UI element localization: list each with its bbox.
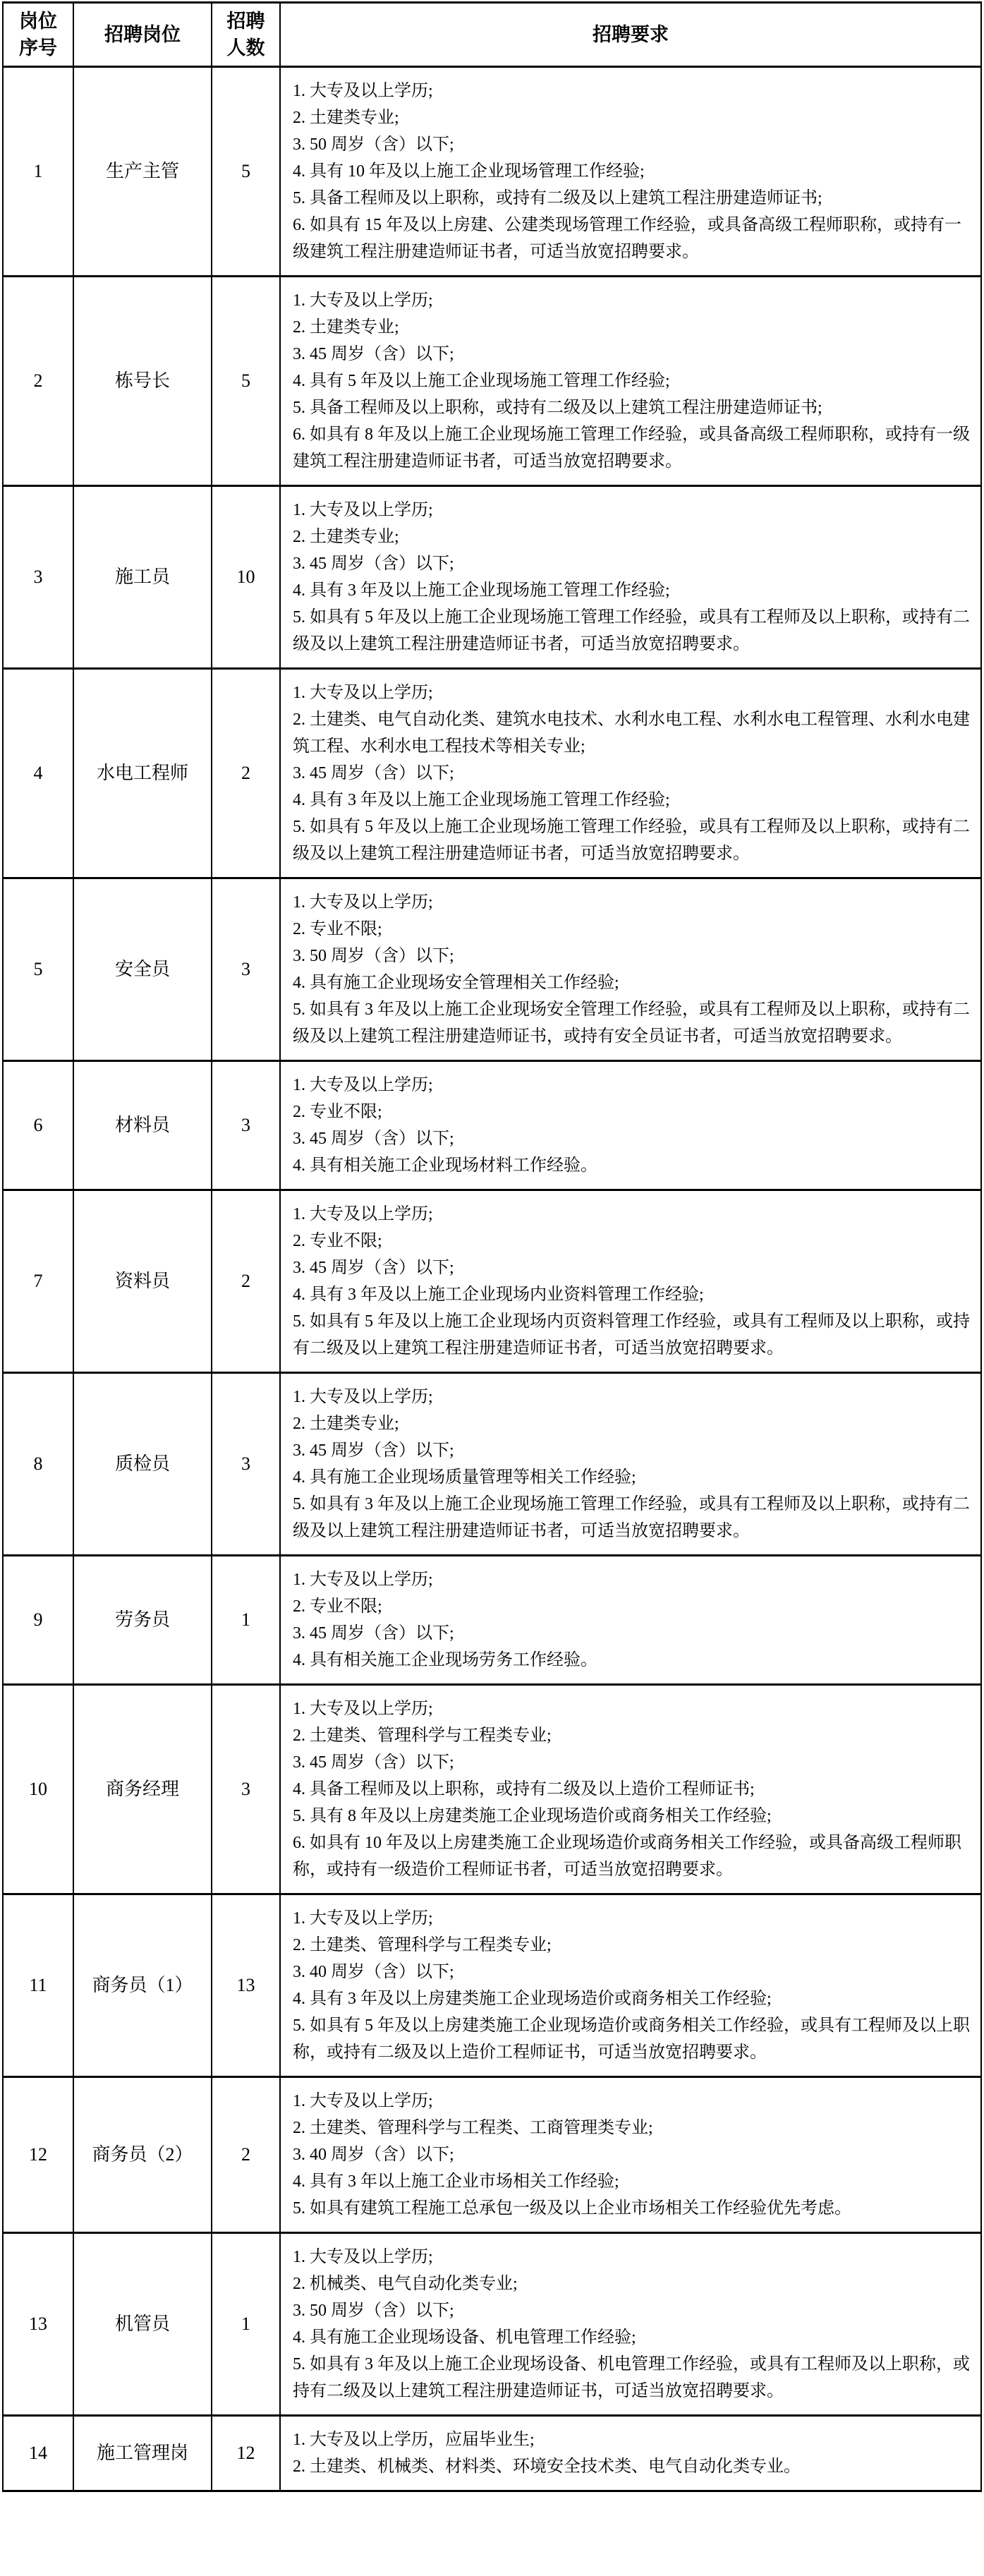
recruit-count-cell: 12 xyxy=(212,2416,280,2491)
position-no-cell: 7 xyxy=(3,1190,73,1373)
position-no-cell: 12 xyxy=(3,2077,73,2233)
position-no-cell: 8 xyxy=(3,1373,73,1556)
position-no-cell: 2 xyxy=(3,277,73,486)
position-name-cell: 劳务员 xyxy=(73,1556,212,1685)
position-no-cell: 13 xyxy=(3,2233,73,2416)
recruit-count-cell: 13 xyxy=(212,1894,280,2077)
position-name-cell: 栋号长 xyxy=(73,277,212,486)
table-row: 9 劳务员 1 1. 大专及以上学历; 2. 专业不限; 3. 45 周岁（含）… xyxy=(3,1556,981,1685)
table-body: 1 生产主管 5 1. 大专及以上学历; 2. 土建类专业; 3. 50 周岁（… xyxy=(3,67,981,2491)
requirements-cell: 1. 大专及以上学历; 2. 土建类、管理科学与工程类专业; 3. 40 周岁（… xyxy=(280,1894,981,2077)
table-row: 11 商务员（1） 13 1. 大专及以上学历; 2. 土建类、管理科学与工程类… xyxy=(3,1894,981,2077)
requirements-cell: 1. 大专及以上学历; 2. 土建类、管理科学与工程类、工商管理类专业; 3. … xyxy=(280,2077,981,2233)
table-row: 1 生产主管 5 1. 大专及以上学历; 2. 土建类专业; 3. 50 周岁（… xyxy=(3,67,981,277)
position-no-cell: 10 xyxy=(3,1685,73,1894)
position-no-cell: 1 xyxy=(3,67,73,277)
requirements-cell: 1. 大专及以上学历; 2. 土建类专业; 3. 45 周岁（含）以下; 4. … xyxy=(280,277,981,486)
position-name-cell: 机管员 xyxy=(73,2233,212,2416)
table-row: 4 水电工程师 2 1. 大专及以上学历; 2. 土建类、电气自动化类、建筑水电… xyxy=(3,669,981,878)
table-row: 8 质检员 3 1. 大专及以上学历; 2. 土建类专业; 3. 45 周岁（含… xyxy=(3,1373,981,1556)
recruit-count-cell: 1 xyxy=(212,1556,280,1685)
recruit-count-cell: 2 xyxy=(212,2077,280,2233)
position-no-cell: 9 xyxy=(3,1556,73,1685)
requirements-cell: 1. 大专及以上学历; 2. 机械类、电气自动化类专业; 3. 50 周岁（含）… xyxy=(280,2233,981,2416)
requirements-cell: 1. 大专及以上学历; 2. 土建类专业; 3. 50 周岁（含）以下; 4. … xyxy=(280,67,981,277)
header-recruit-count: 招聘 人数 xyxy=(212,3,280,67)
header-requirements: 招聘要求 xyxy=(280,3,981,67)
position-no-cell: 5 xyxy=(3,878,73,1061)
requirements-cell: 1. 大专及以上学历; 2. 专业不限; 3. 45 周岁（含）以下; 4. 具… xyxy=(280,1190,981,1373)
position-no-cell: 6 xyxy=(3,1061,73,1190)
page: 岗位 序号 招聘岗位 招聘 人数 招聘要求 1 生产主管 5 1. 大专及以上学… xyxy=(0,0,984,2493)
recruit-count-cell: 2 xyxy=(212,1190,280,1373)
requirements-cell: 1. 大专及以上学历; 2. 专业不限; 3. 50 周岁（含）以下; 4. 具… xyxy=(280,878,981,1061)
header-position-no: 岗位 序号 xyxy=(3,3,73,67)
table-row: 7 资料员 2 1. 大专及以上学历; 2. 专业不限; 3. 45 周岁（含）… xyxy=(3,1190,981,1373)
requirements-cell: 1. 大专及以上学历; 2. 土建类专业; 3. 45 周岁（含）以下; 4. … xyxy=(280,486,981,669)
position-name-cell: 施工管理岗 xyxy=(73,2416,212,2491)
position-no-cell: 3 xyxy=(3,486,73,669)
recruit-count-cell: 2 xyxy=(212,669,280,878)
table-row: 14 施工管理岗 12 1. 大专及以上学历，应届毕业生; 2. 土建类、机械类… xyxy=(3,2416,981,2491)
recruit-count-cell: 1 xyxy=(212,2233,280,2416)
recruit-count-cell: 10 xyxy=(212,486,280,669)
table-row: 13 机管员 1 1. 大专及以上学历; 2. 机械类、电气自动化类专业; 3.… xyxy=(3,2233,981,2416)
recruit-count-cell: 5 xyxy=(212,67,280,277)
recruit-count-cell: 3 xyxy=(212,1373,280,1556)
recruit-count-cell: 5 xyxy=(212,277,280,486)
requirements-cell: 1. 大专及以上学历; 2. 土建类、电气自动化类、建筑水电技术、水利水电工程、… xyxy=(280,669,981,878)
recruit-count-cell: 3 xyxy=(212,1061,280,1190)
position-name-cell: 商务经理 xyxy=(73,1685,212,1894)
recruit-count-cell: 3 xyxy=(212,1685,280,1894)
requirements-cell: 1. 大专及以上学历; 2. 专业不限; 3. 45 周岁（含）以下; 4. 具… xyxy=(280,1061,981,1190)
position-no-cell: 14 xyxy=(3,2416,73,2491)
requirements-cell: 1. 大专及以上学历; 2. 专业不限; 3. 45 周岁（含）以下; 4. 具… xyxy=(280,1556,981,1685)
table-row: 6 材料员 3 1. 大专及以上学历; 2. 专业不限; 3. 45 周岁（含）… xyxy=(3,1061,981,1190)
position-name-cell: 安全员 xyxy=(73,878,212,1061)
position-name-cell: 水电工程师 xyxy=(73,669,212,878)
table-row: 3 施工员 10 1. 大专及以上学历; 2. 土建类专业; 3. 45 周岁（… xyxy=(3,486,981,669)
position-no-cell: 11 xyxy=(3,1894,73,2077)
header-row: 岗位 序号 招聘岗位 招聘 人数 招聘要求 xyxy=(3,3,981,67)
table-row: 10 商务经理 3 1. 大专及以上学历; 2. 土建类、管理科学与工程类专业;… xyxy=(3,1685,981,1894)
recruitment-table: 岗位 序号 招聘岗位 招聘 人数 招聘要求 1 生产主管 5 1. 大专及以上学… xyxy=(2,1,982,2492)
requirements-cell: 1. 大专及以上学历; 2. 土建类专业; 3. 45 周岁（含）以下; 4. … xyxy=(280,1373,981,1556)
recruit-count-cell: 3 xyxy=(212,878,280,1061)
table-row: 2 栋号长 5 1. 大专及以上学历; 2. 土建类专业; 3. 45 周岁（含… xyxy=(3,277,981,486)
position-name-cell: 商务员（1） xyxy=(73,1894,212,2077)
requirements-cell: 1. 大专及以上学历，应届毕业生; 2. 土建类、机械类、材料类、环境安全技术类… xyxy=(280,2416,981,2491)
requirements-cell: 1. 大专及以上学历; 2. 土建类、管理科学与工程类专业; 3. 45 周岁（… xyxy=(280,1685,981,1894)
header-position-name: 招聘岗位 xyxy=(73,3,212,67)
position-name-cell: 生产主管 xyxy=(73,67,212,277)
table-header: 岗位 序号 招聘岗位 招聘 人数 招聘要求 xyxy=(3,3,981,67)
position-no-cell: 4 xyxy=(3,669,73,878)
position-name-cell: 商务员（2） xyxy=(73,2077,212,2233)
position-name-cell: 资料员 xyxy=(73,1190,212,1373)
table-row: 5 安全员 3 1. 大专及以上学历; 2. 专业不限; 3. 50 周岁（含）… xyxy=(3,878,981,1061)
table-row: 12 商务员（2） 2 1. 大专及以上学历; 2. 土建类、管理科学与工程类、… xyxy=(3,2077,981,2233)
position-name-cell: 材料员 xyxy=(73,1061,212,1190)
position-name-cell: 施工员 xyxy=(73,486,212,669)
position-name-cell: 质检员 xyxy=(73,1373,212,1556)
